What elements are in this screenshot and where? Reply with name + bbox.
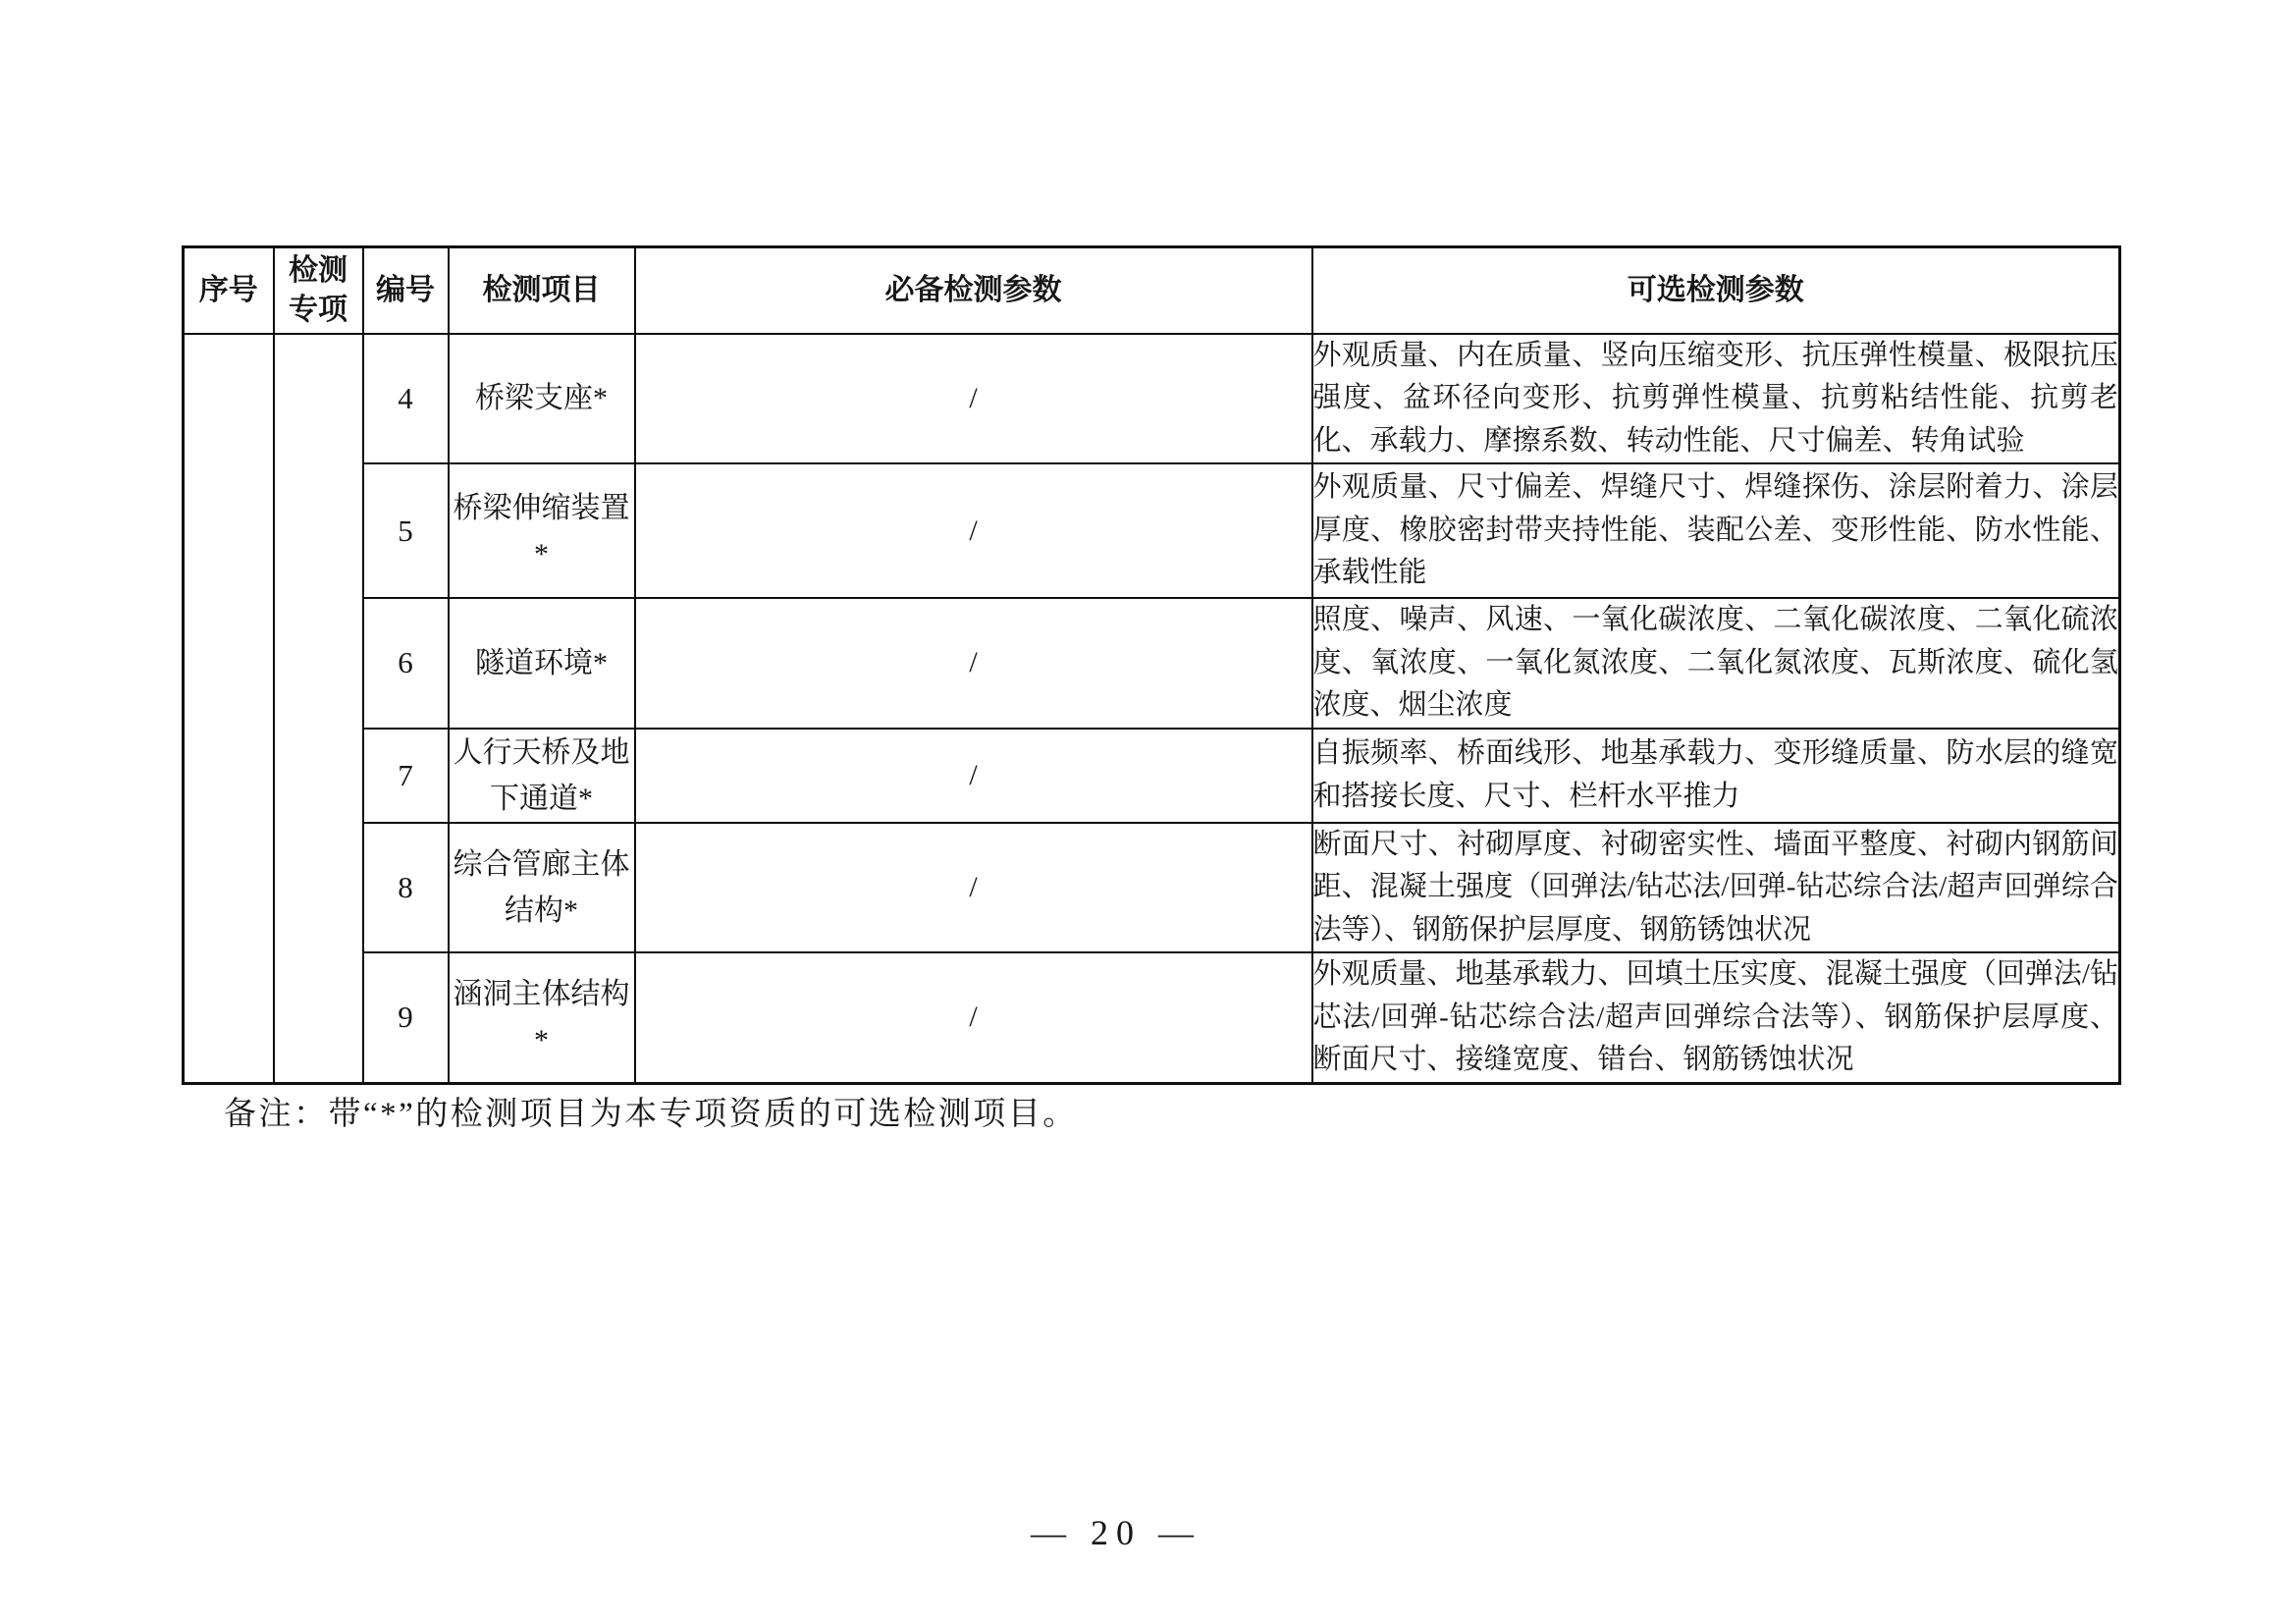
table-row: 9 涵洞主体结构* / 外观质量、地基承载力、回填土压实度、混凝土强度（回弹法/… bbox=[184, 952, 2120, 1083]
table-row: 5 桥梁伸缩装置* / 外观质量、尺寸偏差、焊缝尺寸、焊缝探伤、涂层附着力、涂层… bbox=[184, 463, 2120, 598]
document-page: 序号 检测专项 编号 检测项目 必备检测参数 可选检测参数 4 桥梁支座* / … bbox=[0, 0, 2296, 1624]
col-header-optional-params: 可选检测参数 bbox=[1312, 247, 2120, 334]
col-header-no: 编号 bbox=[363, 247, 449, 334]
cell-item: 人行天桥及地下通道* bbox=[449, 729, 635, 823]
remark-note: 备注：带“*”的检测项目为本专项资质的可选检测项目。 bbox=[224, 1086, 1078, 1143]
cell-item: 桥梁支座* bbox=[449, 334, 635, 464]
table-header-row: 序号 检测专项 编号 检测项目 必备检测参数 可选检测参数 bbox=[184, 247, 2120, 334]
cell-no: 7 bbox=[363, 729, 449, 823]
cell-no: 9 bbox=[363, 952, 449, 1083]
page-number: — 20 — bbox=[0, 1512, 2232, 1553]
col-header-seq: 序号 bbox=[184, 247, 274, 334]
cell-item: 综合管廊主体结构* bbox=[449, 823, 635, 953]
cell-no: 5 bbox=[363, 463, 449, 598]
cell-optional-params: 外观质量、尺寸偏差、焊缝尺寸、焊缝探伤、涂层附着力、涂层厚度、橡胶密封带夹持性能… bbox=[1312, 463, 2120, 598]
cell-optional-params: 外观质量、地基承载力、回填土压实度、混凝土强度（回弹法/钻芯法/回弹-钻芯综合法… bbox=[1312, 952, 2120, 1083]
table-row: 6 隧道环境* / 照度、噪声、风速、一氧化碳浓度、二氧化碳浓度、二氧化硫浓度、… bbox=[184, 598, 2120, 729]
cell-required-params: / bbox=[635, 463, 1312, 598]
cell-optional-params: 外观质量、内在质量、竖向压缩变形、抗压弹性模量、极限抗压强度、盆环径向变形、抗剪… bbox=[1312, 334, 2120, 464]
cell-optional-params: 自振频率、桥面线形、地基承载力、变形缝质量、防水层的缝宽和搭接长度、尺寸、栏杆水… bbox=[1312, 729, 2120, 823]
cell-specialty-merged-empty bbox=[274, 334, 363, 1084]
col-header-specialty: 检测专项 bbox=[274, 247, 363, 334]
cell-seq-merged-empty bbox=[184, 334, 274, 1084]
cell-optional-params: 照度、噪声、风速、一氧化碳浓度、二氧化碳浓度、二氧化硫浓度、氧浓度、一氧化氮浓度… bbox=[1312, 598, 2120, 729]
cell-item: 涵洞主体结构* bbox=[449, 952, 635, 1083]
col-header-item: 检测项目 bbox=[449, 247, 635, 334]
cell-required-params: / bbox=[635, 729, 1312, 823]
cell-required-params: / bbox=[635, 598, 1312, 729]
detection-spec-table: 序号 检测专项 编号 检测项目 必备检测参数 可选检测参数 4 桥梁支座* / … bbox=[182, 245, 2121, 1085]
cell-optional-params: 断面尺寸、衬砌厚度、衬砌密实性、墙面平整度、衬砌内钢筋间距、混凝土强度（回弹法/… bbox=[1312, 823, 2120, 953]
cell-no: 6 bbox=[363, 598, 449, 729]
cell-item: 隧道环境* bbox=[449, 598, 635, 729]
table-row: 7 人行天桥及地下通道* / 自振频率、桥面线形、地基承载力、变形缝质量、防水层… bbox=[184, 729, 2120, 823]
cell-item: 桥梁伸缩装置* bbox=[449, 463, 635, 598]
cell-required-params: / bbox=[635, 952, 1312, 1083]
cell-required-params: / bbox=[635, 823, 1312, 953]
cell-no: 4 bbox=[363, 334, 449, 464]
cell-no: 8 bbox=[363, 823, 449, 953]
cell-required-params: / bbox=[635, 334, 1312, 464]
col-header-required-params: 必备检测参数 bbox=[635, 247, 1312, 334]
table-row: 8 综合管廊主体结构* / 断面尺寸、衬砌厚度、衬砌密实性、墙面平整度、衬砌内钢… bbox=[184, 823, 2120, 953]
table-row: 4 桥梁支座* / 外观质量、内在质量、竖向压缩变形、抗压弹性模量、极限抗压强度… bbox=[184, 334, 2120, 464]
